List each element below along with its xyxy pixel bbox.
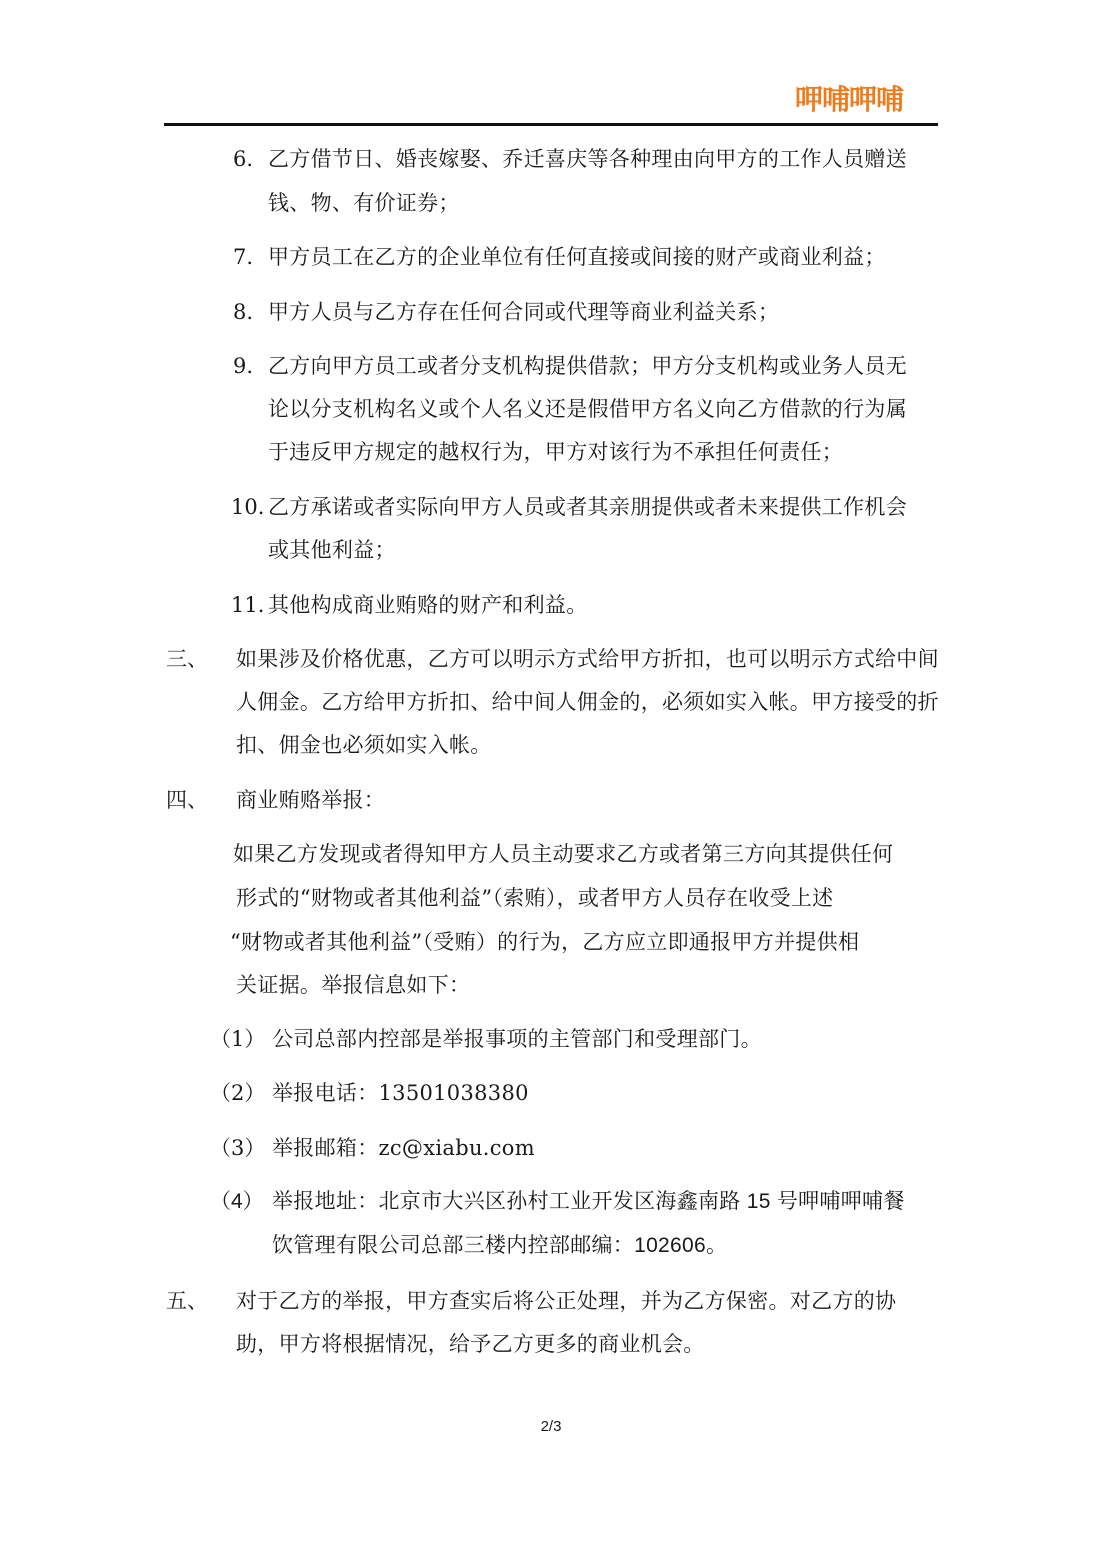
report-paragraph: 形式的“财物或者其他利益”（索贿），或者甲方人员存在收受上述 — [236, 884, 833, 912]
report-item-number: （4） — [210, 1188, 264, 1216]
item-text: 乙方承诺或者实际向甲方人员或者其亲朋提供或者未来提供工作机会 — [268, 493, 907, 521]
item-number: 9. — [233, 352, 253, 380]
item-number: 10. — [231, 493, 264, 521]
address-text: 饮管理有限公司总部三楼内控部邮编：102606。 — [272, 1232, 727, 1260]
report-paragraph: “财物或者其他利益”（受贿）的行为，乙方应立即通报甲方并提供相 — [230, 928, 859, 956]
report-item-number: （2） — [210, 1079, 265, 1107]
company-logo: 呷哺呷哺 — [795, 82, 903, 118]
section-number: 五、 — [166, 1287, 208, 1315]
item-text: 甲方员工在乙方的企业单位有任何直接或间接的财产或商业利益； — [268, 243, 886, 271]
item-number: 7. — [233, 243, 253, 271]
item-text: 或其他利益； — [268, 536, 396, 564]
header-divider — [164, 123, 938, 126]
report-paragraph: 如果乙方发现或者得知甲方人员主动要求乙方或者第三方向其提供任何 — [233, 840, 893, 868]
phone-label: 举报电话： — [272, 1081, 379, 1105]
item-text: 钱、物、有价证券； — [268, 189, 460, 217]
report-item-number: （3） — [210, 1134, 265, 1162]
section-text: 对于乙方的举报，甲方查实后将公正处理，并为乙方保密。对乙方的协 — [236, 1287, 896, 1315]
section-text: 助，甲方将根据情况，给予乙方更多的商业机会。 — [236, 1330, 705, 1358]
section-number: 三、 — [166, 645, 208, 673]
report-item-text: 公司总部内控部是举报事项的主管部门和受理部门。 — [272, 1025, 762, 1053]
item-text: 于违反甲方规定的越权行为，甲方对该行为不承担任何责任； — [268, 438, 843, 466]
page-number: 2/3 — [0, 1418, 1102, 1435]
report-paragraph: 关证据。举报信息如下： — [236, 971, 470, 999]
section-text: 扣、佣金也必须如实入帐。 — [236, 731, 492, 759]
item-text: 甲方人员与乙方存在任何合同或代理等商业利益关系； — [268, 298, 779, 326]
report-item-number: （1） — [210, 1025, 265, 1053]
item-number: 8. — [233, 298, 253, 326]
item-number: 6. — [233, 145, 253, 173]
phone-number: 13501038380 — [379, 1081, 529, 1105]
section-number: 四、 — [166, 786, 208, 814]
email-label: 举报邮箱： — [272, 1136, 379, 1160]
item-text: 其他构成商业贿赂的财产和利益。 — [268, 591, 588, 619]
item-text: 乙方借节日、婚丧嫁娶、乔迁喜庆等各种理由向甲方的工作人员赠送 — [268, 145, 907, 173]
item-number: 11. — [231, 591, 264, 619]
item-text: 论以分支机构名义或个人名义还是假借甲方名义向乙方借款的行为属 — [268, 395, 907, 423]
section-text: 如果涉及价格优惠，乙方可以明示方式给甲方折扣，也可以明示方式给中间 — [236, 645, 939, 673]
section-text: 人佣金。乙方给甲方折扣、给中间人佣金的，必须如实入帐。甲方接受的折 — [236, 688, 939, 716]
section-title: 商业贿赂举报： — [236, 786, 385, 814]
email-address[interactable]: zc@xiabu.com — [379, 1136, 535, 1160]
item-text: 乙方向甲方员工或者分支机构提供借款；甲方分支机构或业务人员无 — [268, 352, 907, 380]
address-text: 举报地址：北京市大兴区孙村工业开发区海鑫南路 15 号呷哺呷哺餐 — [272, 1188, 905, 1216]
